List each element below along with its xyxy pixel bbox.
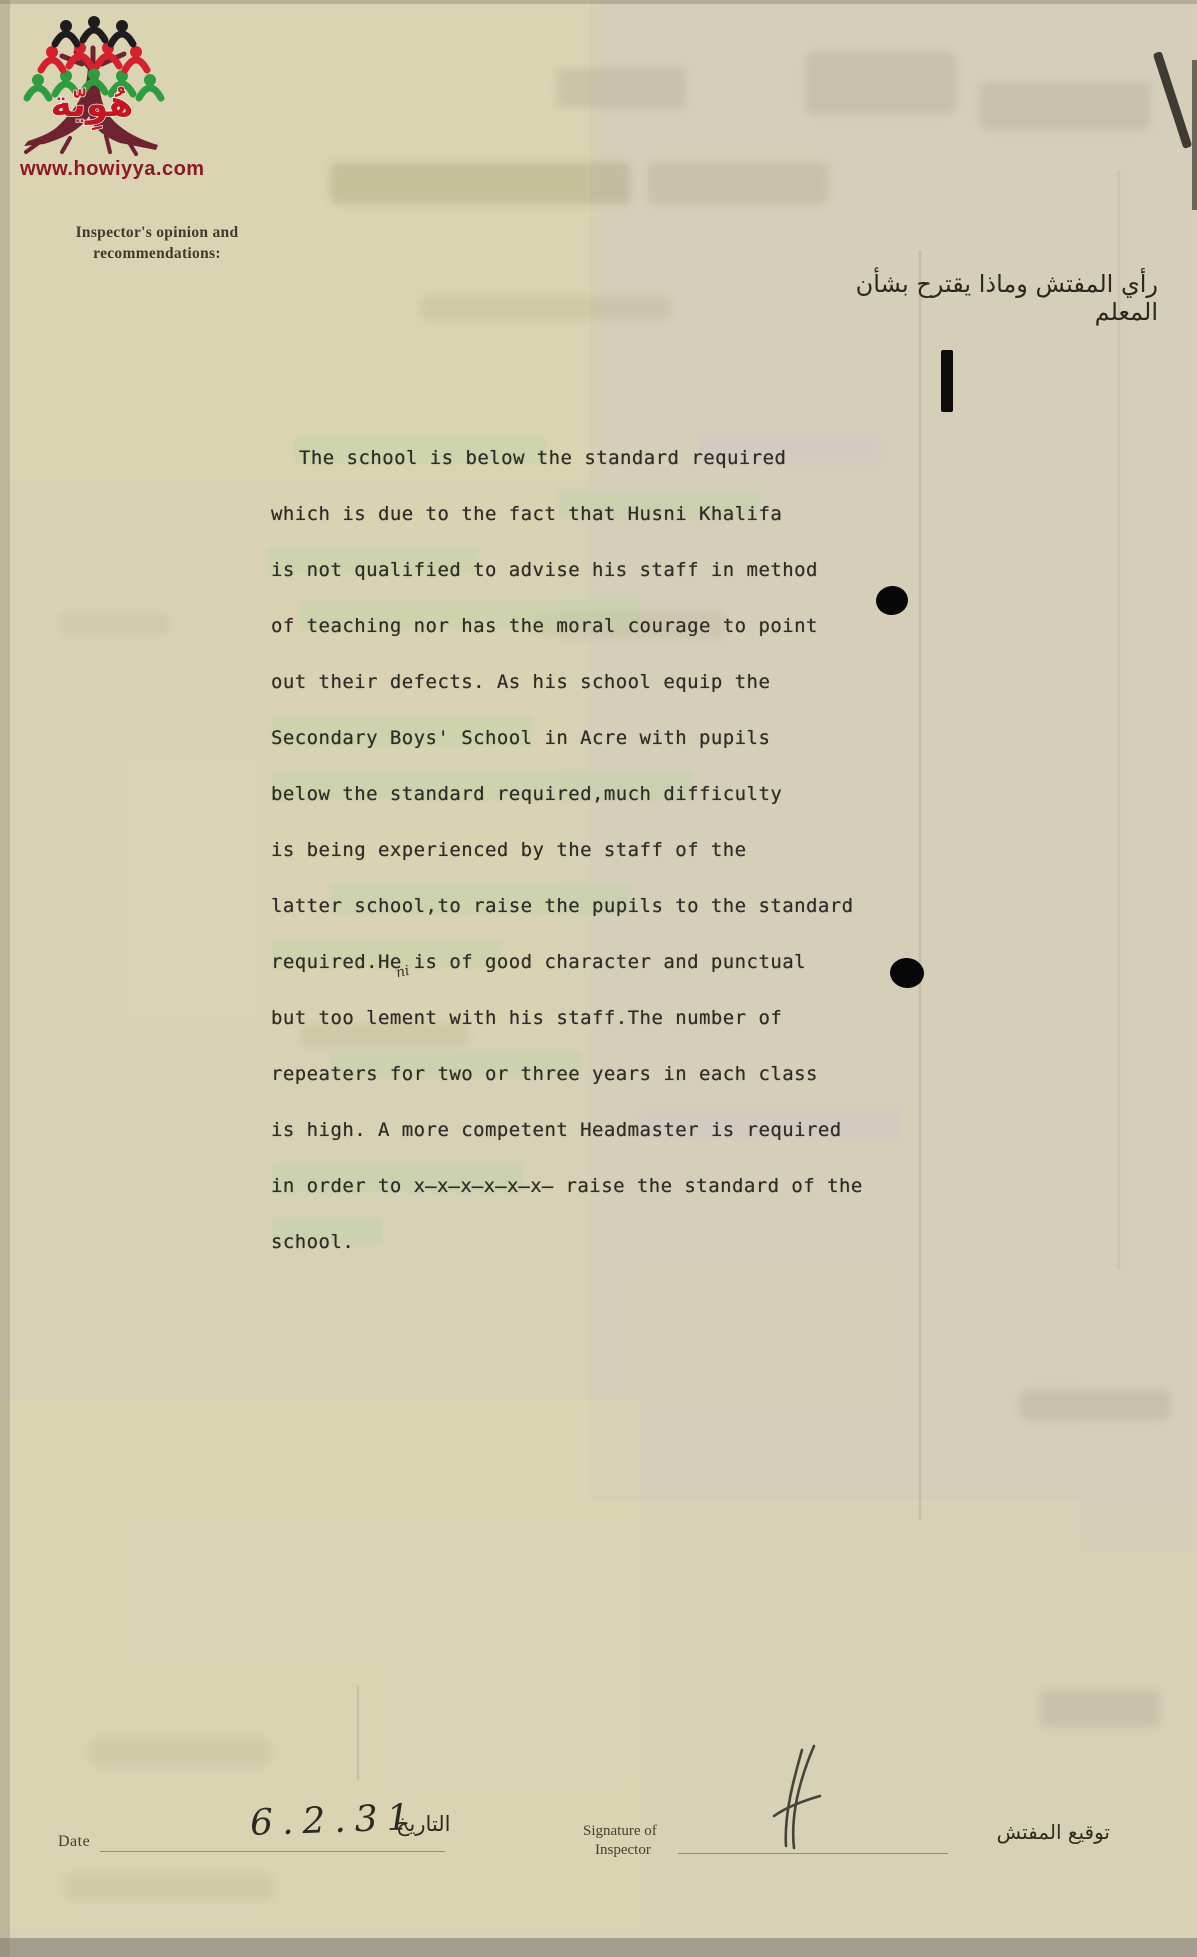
typewritten-line: below the standard required,much difficu… (271, 766, 891, 822)
bleedthrough-mark (330, 162, 630, 204)
bleedthrough-mark (648, 162, 828, 204)
watermark-url: www.howiyya.com (20, 158, 200, 181)
bleedthrough-mark (64, 1874, 274, 1900)
paper-stain (0, 1400, 640, 1930)
typewritten-line: in order to x̶x̶x̶x̶x̶x̶ raise the stand… (271, 1158, 891, 1214)
typewritten-line: Secondary Boys' School in Acre with pupi… (271, 710, 891, 766)
logo-calligraphy: هُوِيّة (51, 84, 134, 131)
date-label: Date (58, 1833, 90, 1851)
typewritten-line: repeaters for two or three years in each… (271, 1046, 891, 1102)
typewritten-line: is high. A more competent Headmaster is … (271, 1102, 891, 1158)
typewritten-line: is being experienced by the staff of the (271, 822, 891, 878)
paper-crease (357, 1685, 359, 1780)
inspector-opinion-label-line1: Inspector's opinion and (62, 222, 252, 243)
date-label-arabic: التاريخ (396, 1812, 451, 1836)
signature-label-line1: Signature of (583, 1822, 657, 1841)
inspector-opinion-label-line2: recommendations: (62, 243, 252, 264)
bleedthrough-mark (1040, 1690, 1160, 1728)
page-bottom-edge (0, 1938, 1197, 1957)
page-right-edge (1192, 60, 1197, 210)
typewritten-line: latter school,to raise the pupils to the… (271, 878, 891, 934)
howiyya-tree-logo-icon: هُوِيّة (10, 6, 170, 156)
bleedthrough-mark (556, 68, 686, 108)
paper-stain (1080, 150, 1197, 1550)
typewritten-line: school. (271, 1214, 891, 1270)
inspector-opinion-label: Inspector's opinion and recommendations: (62, 222, 252, 264)
page-corner-shadow (1153, 51, 1192, 149)
typewritten-line: is not qualified to advise his staff in … (271, 542, 891, 598)
paper-crease (919, 250, 921, 1520)
bleedthrough-mark (1020, 1390, 1170, 1420)
document-page: هُوِيّة www.howiyya.com Inspector's opin… (0, 0, 1197, 1957)
typewritten-line: The school is below the standard require… (271, 430, 891, 486)
signature-label-line2: Inspector (583, 1841, 657, 1860)
typewritten-line: but too lement with his staff.The number… (271, 990, 891, 1046)
typewritten-line: out their defects. As his school equip t… (271, 654, 891, 710)
bleedthrough-mark (90, 1738, 270, 1766)
ink-blot (889, 956, 926, 989)
page-top-edge (0, 0, 1197, 4)
typewritten-paragraph: The school is below the standard require… (271, 430, 891, 1270)
bleedthrough-mark (420, 295, 670, 321)
page-left-edge (0, 0, 10, 1957)
signature-label-arabic: توقيع المفتش (975, 1820, 1110, 1844)
ink-mark (941, 350, 953, 412)
typewritten-line: which is due to the fact that Husni Khal… (271, 486, 891, 542)
bleedthrough-mark (980, 82, 1150, 130)
people-row-black (55, 16, 133, 44)
paper-crease (1118, 170, 1120, 1270)
signature-of-inspector-label: Signature of Inspector (583, 1822, 657, 1860)
inspector-opinion-label-arabic: رأي المفتش وماذا يقترح بشأن المعلم (830, 270, 1158, 326)
inspector-signature-mark (762, 1744, 826, 1856)
howiyya-watermark: هُوِيّة www.howiyya.com (10, 6, 200, 181)
date-handwritten-value: 6.2.31 (249, 1797, 419, 1844)
date-rule (100, 1851, 445, 1852)
bleedthrough-mark (806, 52, 956, 114)
typewritten-line: required.He is of good character and pun… (271, 934, 891, 990)
bleedthrough-mark (60, 612, 170, 636)
typewritten-line: of teaching nor has the moral courage to… (271, 598, 891, 654)
